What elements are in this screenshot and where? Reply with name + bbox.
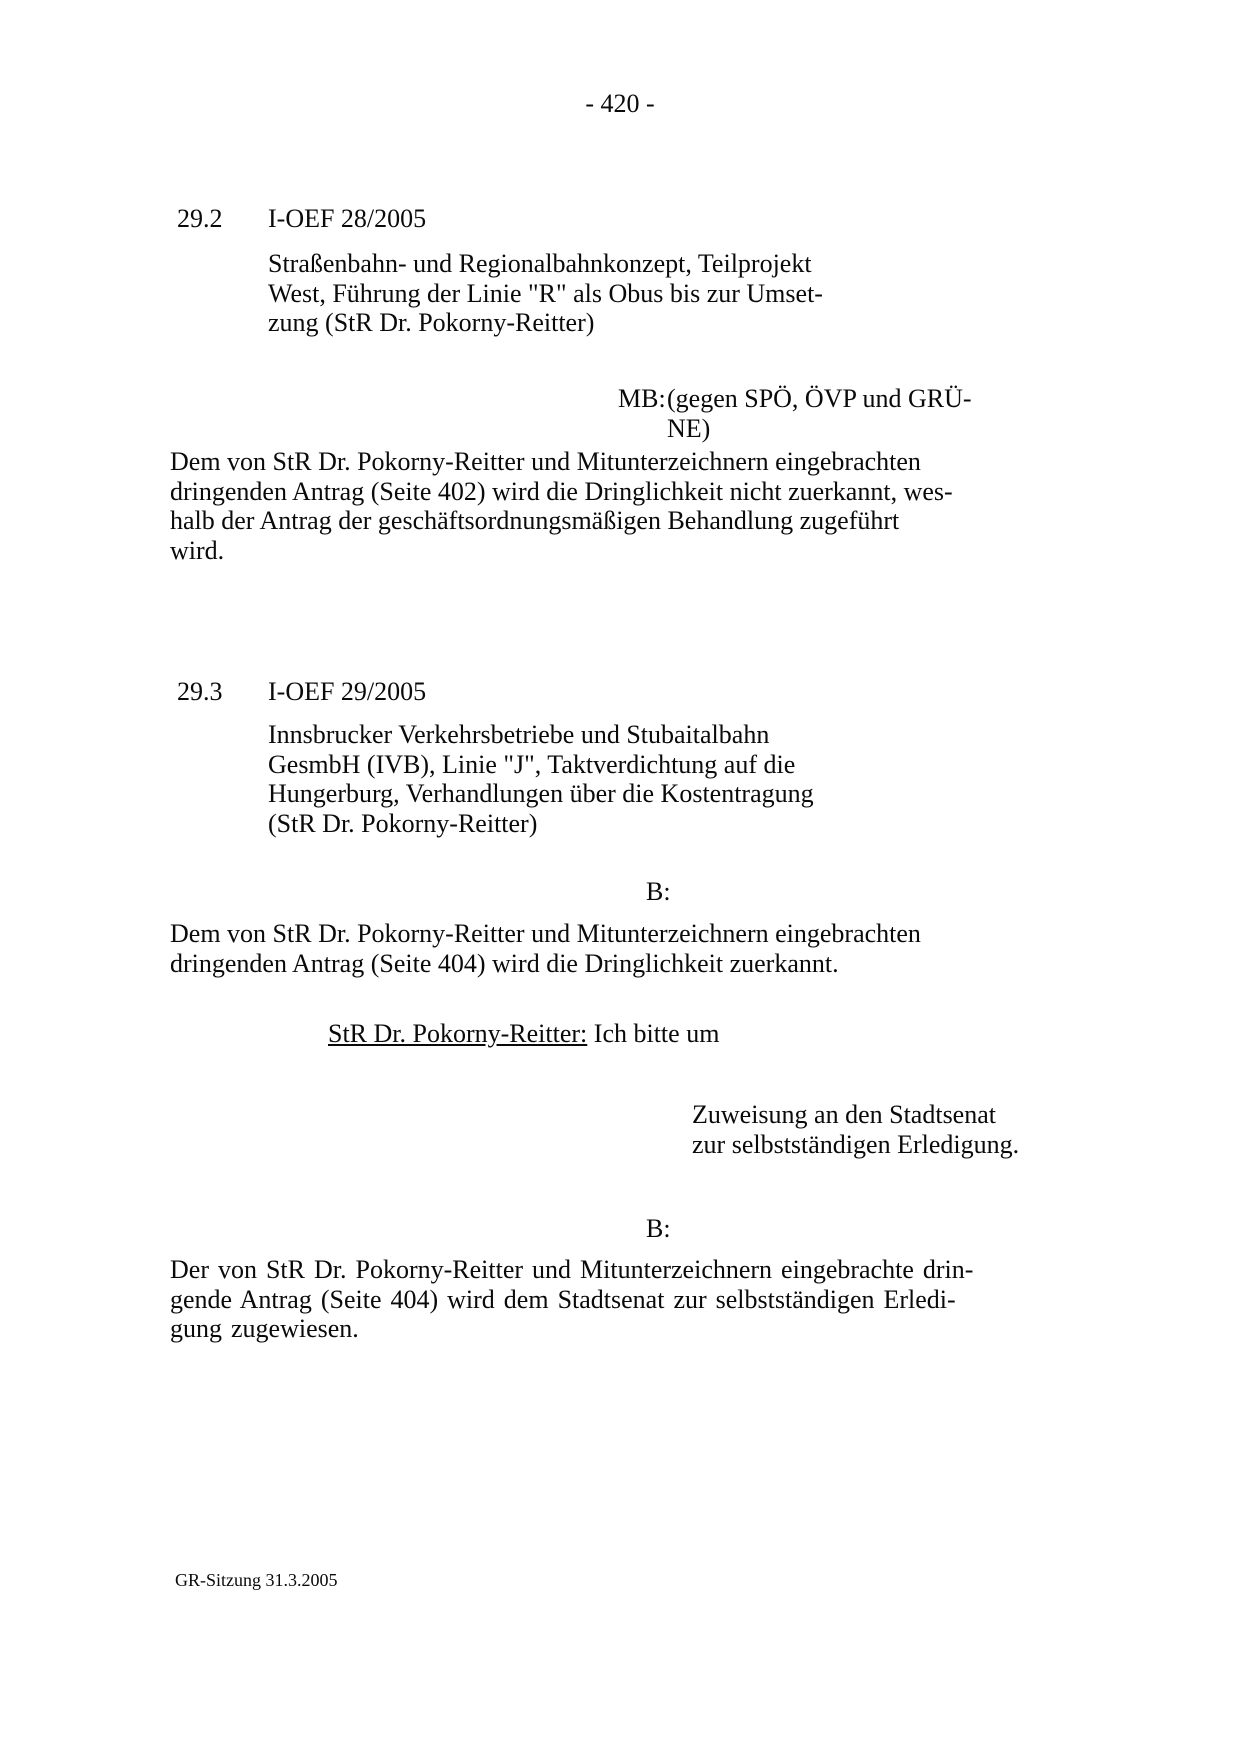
section-number: 29.3 xyxy=(177,677,268,707)
vote-result-label: MB: xyxy=(618,384,667,414)
speaker-statement: Ich bitte um xyxy=(587,1019,719,1048)
section-code: I-OEF 29/2005 xyxy=(268,677,426,707)
section-29-3-subject: Innsbrucker Verkehrsbetriebe und Stubait… xyxy=(268,720,968,838)
section-29-2-subject: Straßenbahn- und Regionalbahnkonzept, Te… xyxy=(268,249,968,338)
speaker-line: StR Dr. Pokorny-Reitter: Ich bitte um xyxy=(328,1019,1028,1049)
page-number: - 420 - xyxy=(0,89,1240,119)
motion-text: Zuweisung an den Stadtsenat zur selbstst… xyxy=(692,1100,1112,1159)
resolution-paragraph-29-3-a: Dem von StR Dr. Pokorny-Reitter und Mitu… xyxy=(170,919,1130,978)
speaker-name: StR Dr. Pokorny-Reitter: xyxy=(328,1019,587,1048)
resolution-paragraph-29-3-b: Der von StR Dr. Pokorny-Reitter und Mitu… xyxy=(170,1255,1150,1344)
vote-result-text: (gegen SPÖ, ÖVP und GRÜ- NE) xyxy=(667,384,972,443)
section-29-2-heading: 29.2 I-OEF 28/2005 xyxy=(177,204,426,234)
section-29-3-heading: 29.3 I-OEF 29/2005 xyxy=(177,677,426,707)
section-number: 29.2 xyxy=(177,204,268,234)
resolution-paragraph-29-2: Dem von StR Dr. Pokorny-Reitter und Mitu… xyxy=(170,447,1130,565)
vote-result-mb: MB: (gegen SPÖ, ÖVP und GRÜ- NE) xyxy=(618,384,1088,443)
page-footer: GR-Sitzung 31.3.2005 xyxy=(175,1569,338,1591)
vote-result-label-b1: B: xyxy=(646,877,671,907)
section-code: I-OEF 28/2005 xyxy=(268,204,426,234)
vote-result-label-b2: B: xyxy=(646,1214,671,1244)
document-page: - 420 - 29.2 I-OEF 28/2005 Straßenbahn- … xyxy=(0,0,1240,1755)
